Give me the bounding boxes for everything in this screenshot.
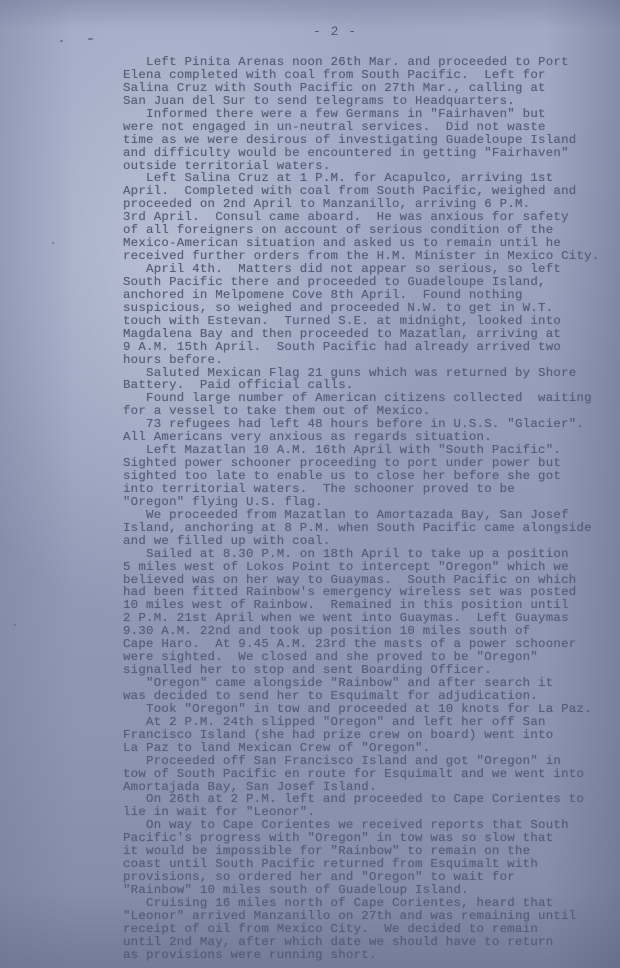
- text-line: touch with Estevan. Turned S.E. at midni…: [123, 315, 620, 328]
- text-line: Proceeded off San Francisco Island and g…: [123, 755, 620, 768]
- page-number: - 2 -: [0, 24, 620, 39]
- text-line: hours before.: [123, 354, 620, 367]
- text-line: Magdalena Bay and then proceeded to Maza…: [123, 328, 620, 341]
- text-line: until 2nd May, after which date we shoul…: [123, 936, 620, 949]
- typewritten-report-body: Left Pinita Arenas noon 26th Mar. and pr…: [123, 56, 620, 962]
- text-line: 9 A.M. 15th April. South Pacific had alr…: [123, 341, 620, 354]
- text-line: as provisions were running short.: [123, 949, 620, 962]
- paper-speck: [14, 624, 16, 626]
- text-line: Took "Oregon" in tow and proceeded at 10…: [123, 703, 620, 716]
- text-line: Salina Cruz with South Pacific on 27th M…: [123, 82, 620, 95]
- text-line: time as we were desirous of investigatin…: [123, 134, 620, 147]
- text-line: were not engaged in un-neutral services.…: [123, 121, 620, 134]
- text-line: "Oregon" flying U.S. flag.: [123, 496, 620, 509]
- text-line: South Pacific there and proceeded to Gua…: [123, 276, 620, 289]
- text-line: Francisco Island (she had prize crew on …: [123, 729, 620, 742]
- text-line: and we filled up with coal.: [123, 535, 620, 548]
- paper-speck: [60, 40, 63, 42]
- text-line: suspicious, so weighed and proceeded N.W…: [123, 302, 620, 315]
- text-line: We proceeded from Mazatlan to Amortazada…: [123, 509, 620, 522]
- text-line: "Leonor" arrived Manzanillo on 27th and …: [123, 910, 620, 923]
- text-line: San Juan del Sur to send telegrams to He…: [123, 95, 620, 108]
- text-line: receipt of oil from Mexico City. We deci…: [123, 923, 620, 936]
- text-line: sighted too late to enable us to close h…: [123, 470, 620, 483]
- text-line: "Rainbow" 10 miles south of Guadeloup Is…: [123, 884, 620, 897]
- document-page: - 2 - Left Pinita Arenas noon 26th Mar. …: [0, 0, 620, 968]
- text-line: Cruising 16 miles north of Cape Coriente…: [123, 897, 620, 910]
- text-line: Elena completed with coal from South Pac…: [123, 69, 620, 82]
- text-line: Informed there were a few Germans in "Fa…: [123, 108, 620, 121]
- text-line: Left Pinita Arenas noon 26th Mar. and pr…: [123, 56, 620, 69]
- text-line: La Paz to land Mexican Crew of "Oregon".: [123, 742, 620, 755]
- text-line: Sailed at 8.30 P.M. on 18th April to tak…: [123, 548, 620, 561]
- text-line: and difficulty would be encountered in g…: [123, 147, 620, 160]
- text-line: At 2 P.M. 24th slipped "Oregon" and left…: [123, 716, 620, 729]
- text-line: Island, anchoring at 8 P.M. when South P…: [123, 522, 620, 535]
- paper-speck: [52, 242, 54, 244]
- text-line: 5 miles west of Lokos Point to intercept…: [123, 561, 620, 574]
- text-line: "Oregon" came alongside "Rainbow" and af…: [123, 677, 620, 690]
- text-line: was decided to send her to Esquimalt for…: [123, 690, 620, 703]
- text-line: April 4th. Matters did not appear so ser…: [123, 263, 620, 276]
- text-line: tow of South Pacific en route for Esquim…: [123, 768, 620, 781]
- text-line: anchored in Melpomene Cove 8th April. Fo…: [123, 289, 620, 302]
- text-line: into territorial waters. The schooner pr…: [123, 483, 620, 496]
